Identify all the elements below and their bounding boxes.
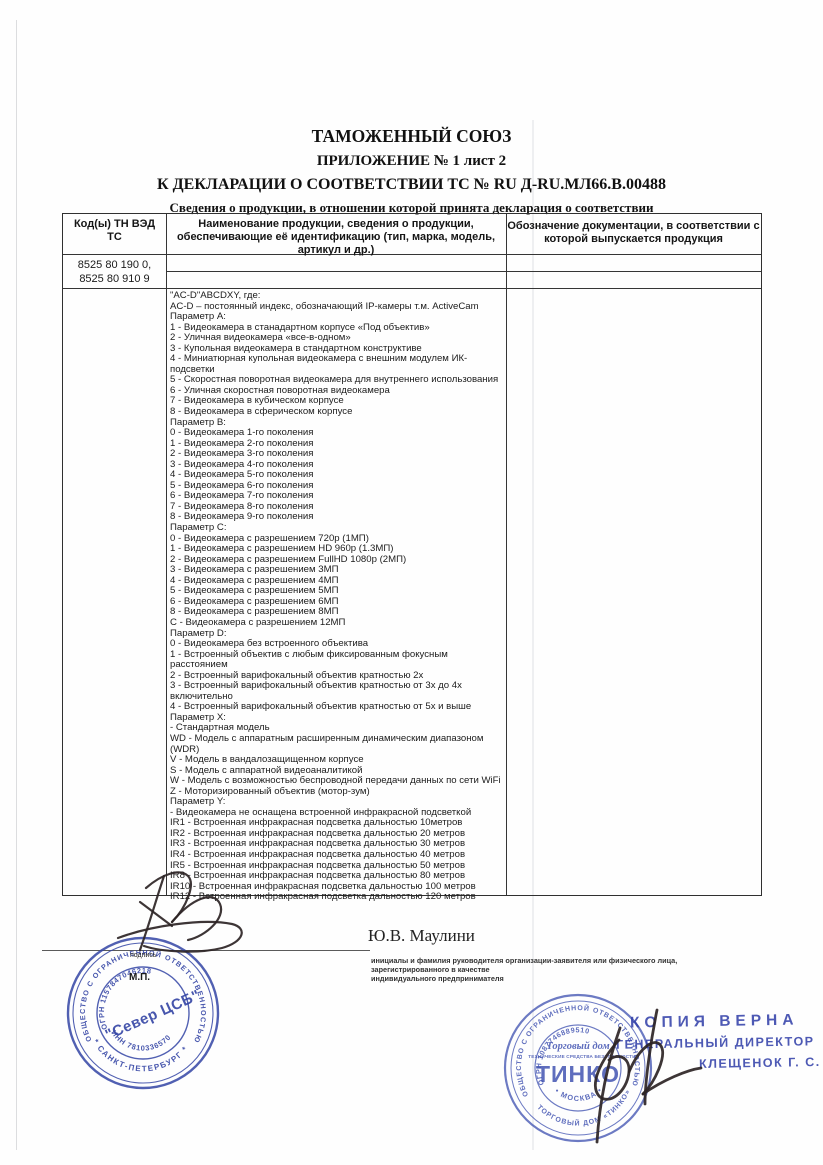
declaration-number-line: К ДЕКЛАРАЦИИ О СООТВЕТСТВИИ ТС № RU Д-RU…: [0, 176, 823, 194]
table-column-divider-1: [166, 214, 167, 895]
table-column-divider-2: [506, 214, 507, 895]
tnved-codes-cell: 8525 80 190 0, 8525 80 910 9: [63, 258, 166, 286]
product-table: Код(ы) ТН ВЭД ТС Наименование продукции,…: [62, 213, 762, 896]
product-description-line: 0 - Видеокамера без встроенного объектив…: [170, 639, 504, 650]
column-header-tnved-code: Код(ы) ТН ВЭД ТС: [63, 218, 166, 244]
stamp-left-outer-bottom-text: * САНКТ-ПЕТЕРБУРГ *: [91, 1038, 190, 1074]
product-description-line: IR4 - Встроенная инфракрасная подсветка …: [170, 850, 504, 861]
product-description-line: Параметр С:: [170, 523, 504, 534]
product-description-line: C - Видеокамера с разрешением 12МП: [170, 618, 504, 629]
document-page: ТАМОЖЕННЫЙ СОЮЗ ПРИЛОЖЕНИЕ № 1 лист 2 К …: [0, 0, 823, 1165]
signatory-caption: инициалы и фамилия руководителя организа…: [371, 956, 751, 983]
product-description-line: 1 - Встроенный объектив с любым фиксиров…: [170, 650, 504, 671]
column-header-documentation: Обозначение документации, в соответствии…: [506, 220, 761, 246]
document-subtitle-annex: ПРИЛОЖЕНИЕ № 1 лист 2: [0, 153, 823, 170]
table-row-divider-codes-bottom: [63, 288, 761, 289]
mp-label: М.П.: [129, 972, 150, 983]
product-description-line: 8 - Видеокамера в сферическом корпусе: [170, 407, 504, 418]
signatory-name: Ю.В. Маулини: [368, 926, 475, 946]
product-description-line: WD - Модель с аппаратным расширенным дин…: [170, 734, 504, 745]
document-title: ТАМОЖЕННЫЙ СОЮЗ: [0, 126, 823, 147]
column-header-product-name: Наименование продукции, сведения о проду…: [166, 218, 506, 257]
table-row-divider-codes-mid: [166, 271, 761, 272]
svg-text:* САНКТ-ПЕТЕРБУРГ *: * САНКТ-ПЕТЕРБУРГ *: [91, 1038, 190, 1074]
stamp-left-center-name: "Север ЦСБ": [103, 987, 203, 1044]
handwritten-signature-right: [575, 1000, 720, 1150]
product-description-line: 4 - Миниатюрная купольная видеокамера с …: [170, 354, 504, 365]
product-description-cell: "AC-D"ABCDXY, где:AC-D – постоянный инде…: [170, 291, 504, 903]
product-description-line: "AC-D"ABCDXY, где:: [170, 291, 504, 302]
handwritten-signature-left: [110, 860, 260, 970]
